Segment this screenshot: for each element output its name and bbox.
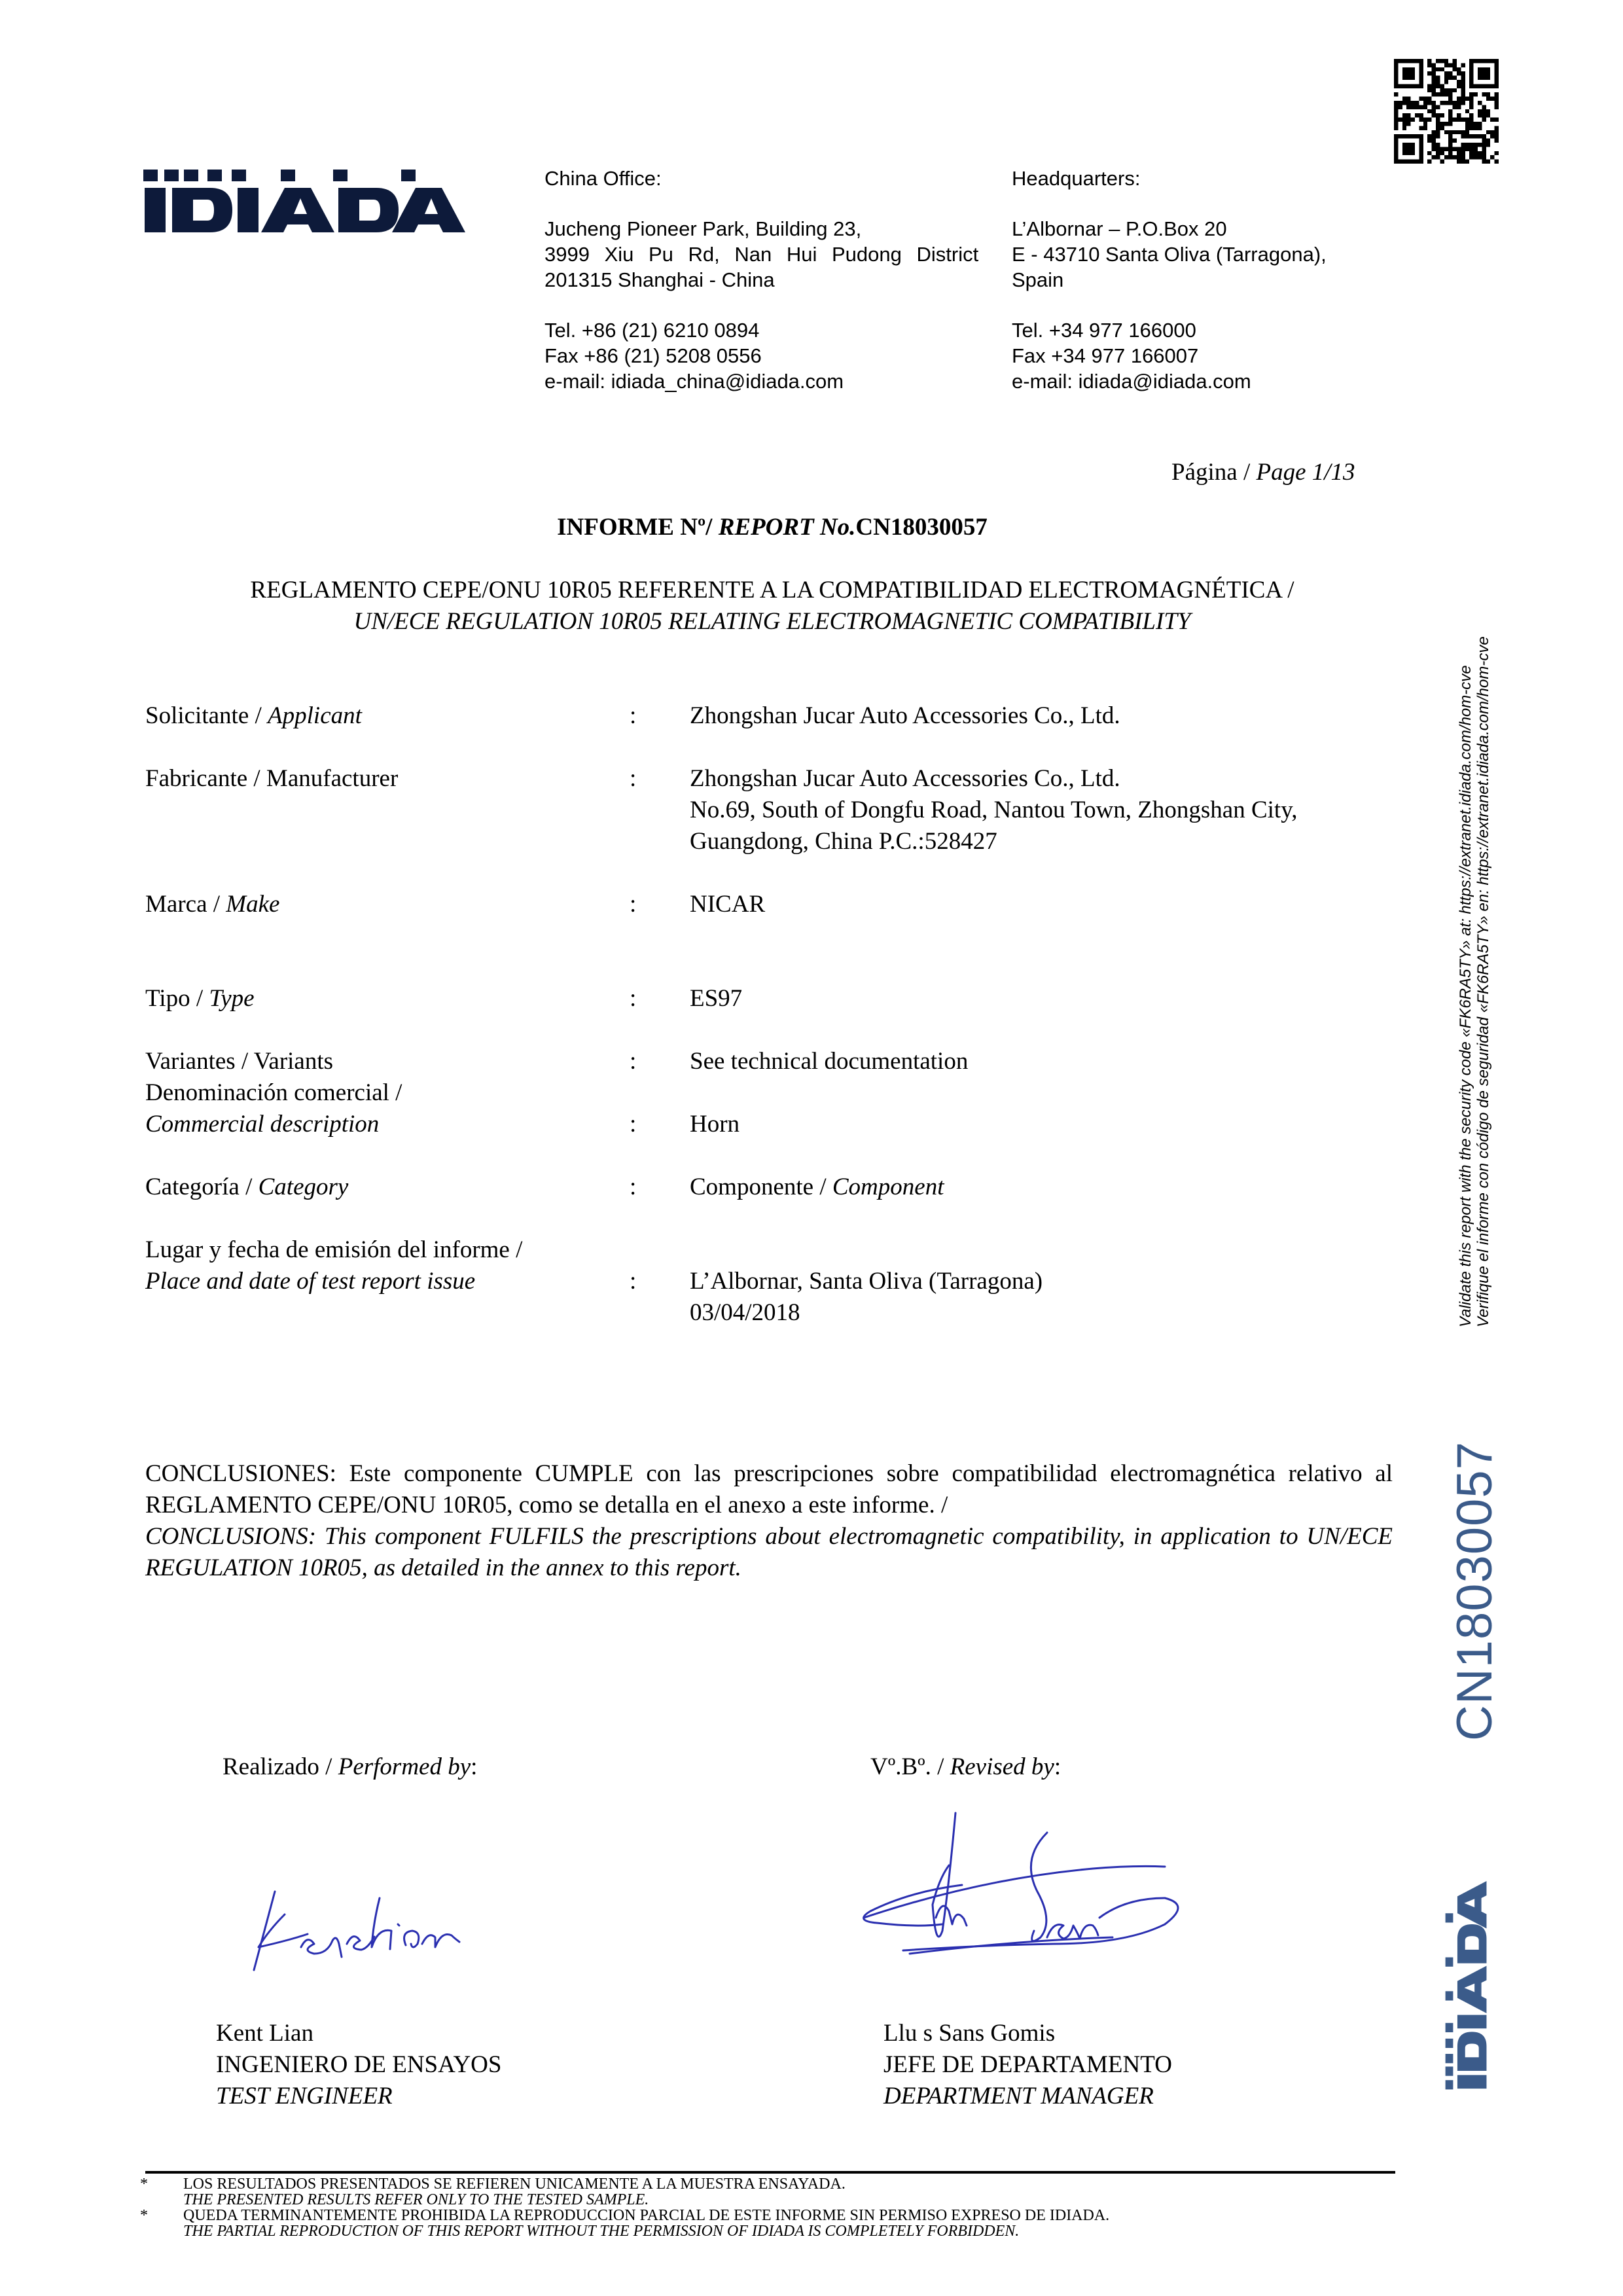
footer-bullet: * xyxy=(140,2176,148,2192)
hq-tel: Tel. +34 977 166000 xyxy=(1012,317,1365,343)
category-colon: : xyxy=(630,1172,636,1203)
report-number: CN18030057 xyxy=(855,514,987,541)
make-colon: : xyxy=(630,889,636,920)
china-email[interactable]: e-mail: idiada_china@idiada.com xyxy=(544,368,996,394)
signature-kenelian-icon xyxy=(249,1885,550,1977)
type-label: Tipo / Type xyxy=(145,983,603,1014)
revised-by-block: Llu s Sans Gomis JEFE DE DEPARTAMENTO DE… xyxy=(883,2018,1172,2112)
applicant-value: Zhongshan Jucar Auto Accessories Co., Lt… xyxy=(690,700,1120,732)
variants-colon: : xyxy=(630,1046,636,1077)
page-label-es: Página / xyxy=(1171,459,1256,486)
manufacturer-value: Zhongshan Jucar Auto Accessories Co., Lt… xyxy=(690,763,1298,857)
china-address-line-2: 3999 Xiu Pu Rd, Nan Hui Pudong District xyxy=(544,242,996,267)
conclusions-en: CONCLUSIONS: This component FULFILS the … xyxy=(145,1521,1393,1584)
hq-heading: Headquarters: xyxy=(1012,166,1365,191)
report-title-en: REPORT No. xyxy=(719,514,856,541)
performed-by-block: Kent Lian INGENIERO DE ENSAYOS TEST ENGI… xyxy=(216,2018,501,2112)
performer-role-en: TEST ENGINEER xyxy=(216,2083,393,2109)
applicant-label: Solicitante / Applicant xyxy=(145,700,603,732)
commercial-label: Denominación comercial / Commercial desc… xyxy=(145,1077,603,1140)
performer-role-es: INGENIERO DE ENSAYOS xyxy=(216,2049,501,2081)
china-address-line-3: 201315 Shanghai - China xyxy=(544,267,996,293)
manufacturer-colon: : xyxy=(630,763,636,795)
qr-code-icon[interactable] xyxy=(1394,59,1499,170)
hq-address-line-3: Spain xyxy=(1012,267,1365,293)
china-address-line-2-text: 3999 Xiu Pu Rd, Nan Hui Pudong District xyxy=(544,242,978,267)
footer-divider xyxy=(145,2171,1395,2174)
commercial-value: Horn xyxy=(690,1109,740,1140)
china-fax: Fax +86 (21) 5208 0556 xyxy=(544,343,996,368)
hq-fax: Fax +34 977 166007 xyxy=(1012,343,1365,368)
idiada-logo-icon xyxy=(141,167,474,239)
side-idiada-logo xyxy=(1444,1875,1491,2091)
headquarters-block: Headquarters: L’Albornar – P.O.Box 20 E … xyxy=(1012,166,1365,394)
make-label: Marca / Make xyxy=(145,889,603,920)
manufacturer-label: Fabricante / Manufacturer xyxy=(145,763,603,795)
performer-name: Kent Lian xyxy=(216,2018,501,2049)
variants-value: See technical documentation xyxy=(690,1046,968,1077)
footer-note-2: * QUEDA TERMINANTEMENTE PROHIBIDA LA REP… xyxy=(140,2208,1109,2239)
reviser-role-es: JEFE DE DEPARTAMENTO xyxy=(883,2049,1172,2081)
signature-sans-icon xyxy=(851,1806,1270,1977)
report-title-es: INFORME Nº/ xyxy=(557,514,719,541)
footer-note-2-es: QUEDA TERMINANTEMENTE PROHIBIDA LA REPRO… xyxy=(183,2208,1109,2223)
type-value: ES97 xyxy=(690,983,742,1014)
issue-place: L’Albornar, Santa Oliva (Tarragona) xyxy=(690,1266,1043,1297)
regulation-es: REGLAMENTO CEPE/ONU 10R05 REFERENTE A LA… xyxy=(0,576,1544,604)
manufacturer-line-1: Zhongshan Jucar Auto Accessories Co., Lt… xyxy=(690,763,1298,795)
validation-notice: Validate this report with the security c… xyxy=(1457,636,1492,1327)
footer-note-1: * LOS RESULTADOS PRESENTADOS SE REFIEREN… xyxy=(140,2176,1109,2208)
china-address-line-1: Jucheng Pioneer Park, Building 23, xyxy=(544,216,996,242)
revised-signature xyxy=(851,1806,1270,1977)
reviser-name: Llu s Sans Gomis xyxy=(883,2018,1172,2049)
conclusions-es: CONCLUSIONES: Este componente CUMPLE con… xyxy=(145,1458,1393,1521)
idiada-logo-side-icon xyxy=(1444,1875,1491,2091)
hq-address-line-2: E - 43710 Santa Oliva (Tarragona), xyxy=(1012,242,1365,267)
category-value: Componente / Component xyxy=(690,1172,944,1203)
hq-address-line-1: L’Albornar – P.O.Box 20 xyxy=(1012,216,1365,242)
commercial-colon: : xyxy=(630,1109,636,1140)
issue-value: L’Albornar, Santa Oliva (Tarragona) 03/0… xyxy=(690,1266,1043,1329)
footer-bullet: * xyxy=(140,2208,148,2223)
footer-note-1-en: THE PRESENTED RESULTS REFER ONLY TO THE … xyxy=(183,2191,649,2208)
footer-note-1-es: LOS RESULTADOS PRESENTADOS SE REFIEREN U… xyxy=(183,2176,1109,2192)
make-value: NICAR xyxy=(690,889,765,920)
issue-label: Lugar y fecha de emisión del informe / P… xyxy=(145,1234,603,1297)
type-colon: : xyxy=(630,983,636,1014)
revised-by-heading: Vº.Bº. / Revised by: xyxy=(870,1753,1061,1781)
hq-email[interactable]: e-mail: idiada@idiada.com xyxy=(1012,368,1365,394)
performed-signature xyxy=(249,1885,550,1977)
manufacturer-line-3: Guangdong, China P.C.:528427 xyxy=(690,826,1298,857)
regulation-en: UN/ECE REGULATION 10R05 RELATING ELECTRO… xyxy=(0,607,1544,636)
performed-by-heading: Realizado / Performed by: xyxy=(223,1753,477,1781)
manufacturer-line-2: No.69, South of Dongfu Road, Nantou Town… xyxy=(690,795,1298,826)
reviser-role-en: DEPARTMENT MANAGER xyxy=(883,2083,1154,2109)
china-office-block: China Office: Jucheng Pioneer Park, Buil… xyxy=(544,166,996,394)
china-tel: Tel. +86 (21) 6210 0894 xyxy=(544,317,996,343)
issue-colon: : xyxy=(630,1266,636,1297)
footer-notes: * LOS RESULTADOS PRESENTADOS SE REFIEREN… xyxy=(140,2176,1109,2239)
report-title: INFORME Nº/ REPORT No.CN18030057 xyxy=(0,513,1544,541)
variants-label: Variantes / Variants xyxy=(145,1046,603,1077)
side-report-code: CN18030057 xyxy=(1446,1441,1503,1741)
idiada-logo xyxy=(141,167,474,239)
footer-note-2-en: THE PARTIAL REPRODUCTION OF THIS REPORT … xyxy=(183,2223,1019,2240)
china-office-heading: China Office: xyxy=(544,166,996,191)
issue-date: 03/04/2018 xyxy=(690,1297,1043,1329)
page-number: Página / Page 1/13 xyxy=(1171,458,1355,486)
applicant-colon: : xyxy=(630,700,636,732)
validation-es[interactable]: Verifique el informe con código de segur… xyxy=(1474,636,1492,1327)
page-label-en: Page 1/13 xyxy=(1256,459,1355,486)
validation-en[interactable]: Validate this report with the security c… xyxy=(1457,636,1474,1327)
category-label: Categoría / Category xyxy=(145,1172,603,1203)
conclusions: CONCLUSIONES: Este componente CUMPLE con… xyxy=(145,1458,1393,1584)
